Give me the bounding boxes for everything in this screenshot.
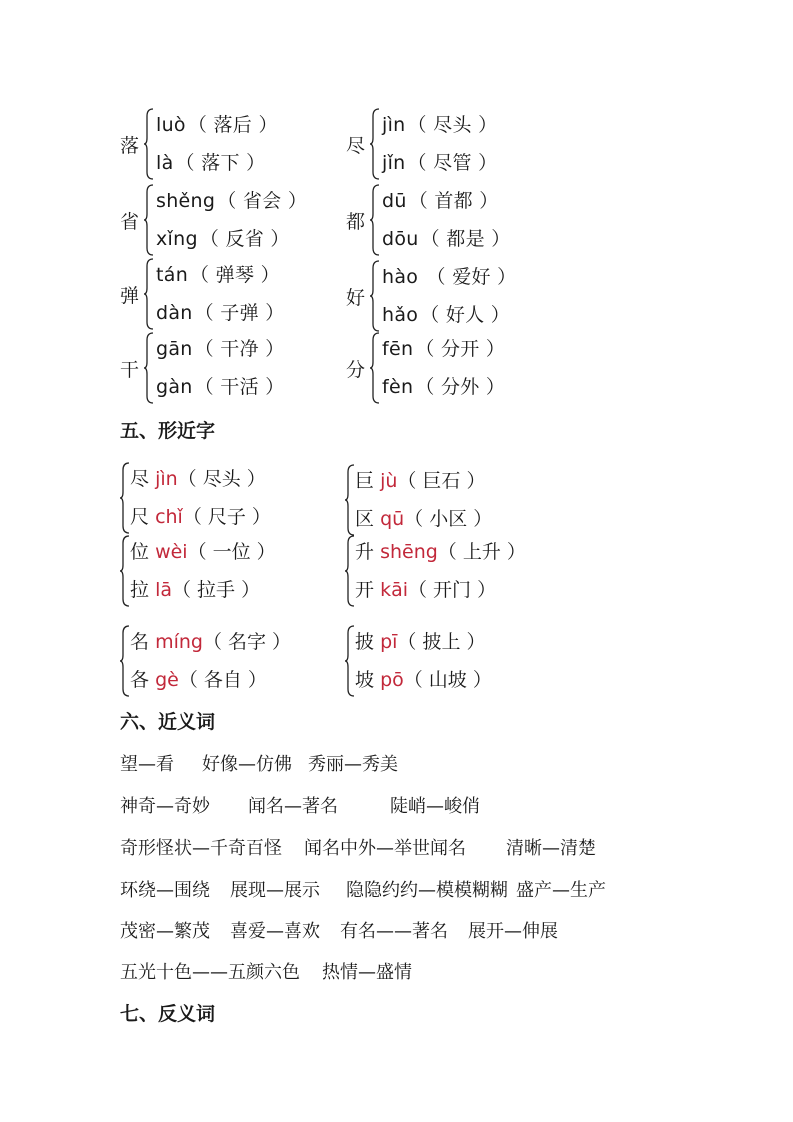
polyphone-char: 分 [346, 355, 365, 382]
synonym-pair: 有名——著名 [340, 917, 448, 943]
pinyin: shēng [380, 541, 438, 563]
example-word: （ 干净 ） [195, 338, 285, 360]
brace-icon [345, 625, 355, 697]
synonym-line: 奇形怪状—千奇百怪闻名中外—举世闻名清晰—清楚 [120, 834, 596, 860]
synonym-pair: 环绕—围绕 [120, 876, 210, 902]
synonym-pair: 盛产—生产 [516, 876, 606, 902]
polyphone-char: 好 [346, 283, 365, 310]
pinyin: míng [155, 631, 203, 653]
example-word: （ 首都 ） [409, 190, 499, 212]
pinyin: chǐ [155, 506, 183, 528]
example-word: （ 爱好 ） [420, 266, 516, 288]
pinyin: jù [380, 470, 397, 492]
pinyin: hǎo [382, 304, 418, 326]
synonym-pair: 秀丽—秀美 [308, 750, 398, 776]
synonym-pair: 喜爱—喜欢 [230, 917, 320, 943]
example-word: （ 反省 ） [200, 228, 290, 250]
pinyin: dū [382, 190, 407, 212]
pinyin: gān [156, 338, 193, 360]
example-word: （ 名字 ） [203, 631, 291, 653]
pinyin: xǐng [156, 228, 198, 250]
example-word: （ 上升 ） [438, 541, 526, 563]
synonym-line: 环绕—围绕展现—展示隐隐约约—模模糊糊盛产—生产 [120, 876, 606, 902]
pinyin: pō [380, 669, 404, 691]
brace-icon [370, 332, 380, 404]
pinyin: pī [380, 631, 397, 653]
synonym-pair: 好像—仿佛 [202, 750, 292, 776]
synonym-pair: 闻名中外—举世闻名 [304, 834, 466, 860]
synonym-pair: 茂密—繁茂 [120, 917, 210, 943]
example-word: （ 披上 ） [397, 631, 485, 653]
synonym-line: 神奇—奇妙闻名—著名陡峭—峻俏 [120, 792, 480, 818]
example-word: （ 落后 ） [188, 114, 278, 136]
example-word: （ 都是 ） [421, 228, 511, 250]
synonym-pair: 展现—展示 [230, 876, 320, 902]
polyphone-char: 落 [120, 131, 139, 158]
example-word: （ 子弹 ） [195, 302, 285, 324]
brace-icon [120, 462, 130, 534]
synonym-pair: 神奇—奇妙 [120, 792, 210, 818]
char: 尺 [130, 506, 149, 528]
synonym-pair: 隐隐约约—模模糊糊 [346, 876, 508, 902]
pinyin: jǐn [382, 152, 406, 174]
brace-icon [144, 258, 154, 330]
pinyin: lā [155, 579, 172, 601]
synonym-pair: 望—看 [120, 750, 174, 776]
brace-icon [370, 260, 380, 332]
synonym-line: 望—看好像—仿佛秀丽—秀美 [120, 750, 398, 776]
brace-icon [120, 535, 130, 607]
example-word: （ 分外 ） [415, 376, 505, 398]
synonym-pair: 清晰—清楚 [506, 834, 596, 860]
example-word: （ 开门 ） [408, 579, 496, 601]
polyphone-char: 省 [120, 207, 139, 234]
char: 名 [130, 631, 149, 653]
pinyin: kāi [380, 579, 408, 601]
section-heading-synonyms: 六、近义词 [120, 707, 215, 734]
example-word: （ 干活 ） [195, 376, 285, 398]
pinyin: fēn [382, 338, 413, 360]
pinyin: dōu [382, 228, 419, 250]
pinyin: wèi [155, 541, 188, 563]
brace-icon [345, 535, 355, 607]
pinyin: qū [380, 508, 404, 530]
brace-icon [370, 108, 380, 180]
example-word: （ 山坡 ） [404, 669, 492, 691]
synonym-pair: 闻名—著名 [248, 792, 338, 818]
polyphone-char: 尽 [346, 131, 365, 158]
synonym-pair: 展开—伸展 [468, 917, 558, 943]
brace-icon [144, 184, 154, 256]
section-heading-similar-chars: 五、形近字 [120, 416, 215, 443]
example-word: （ 尽管 ） [408, 152, 498, 174]
example-word: （ 一位 ） [188, 541, 276, 563]
char: 区 [355, 508, 374, 530]
synonym-line: 茂密—繁茂喜爱—喜欢有名——著名展开—伸展 [120, 917, 558, 943]
example-word: （ 巨石 ） [397, 470, 485, 492]
brace-icon [345, 464, 355, 536]
example-word: （ 各自 ） [179, 669, 267, 691]
synonym-pair: 五光十色——五颜六色 [120, 958, 300, 984]
char: 升 [355, 541, 374, 563]
example-word: （ 拉手 ） [172, 579, 260, 601]
pinyin: luò [156, 114, 186, 136]
char: 坡 [355, 669, 374, 691]
pinyin: là [156, 152, 174, 174]
synonym-pair: 奇形怪状—千奇百怪 [120, 834, 282, 860]
char: 巨 [355, 470, 374, 492]
brace-icon [144, 332, 154, 404]
synonym-pair: 热情—盛情 [322, 958, 412, 984]
example-word: （ 尺子 ） [183, 506, 271, 528]
synonym-pair: 陡峭—峻俏 [390, 792, 480, 818]
example-word: （ 尽头 ） [408, 114, 498, 136]
pinyin: jìn [155, 468, 178, 490]
pinyin: gàn [156, 376, 193, 398]
example-word: （ 好人 ） [420, 304, 510, 326]
example-word: （ 小区 ） [404, 508, 492, 530]
char: 披 [355, 631, 374, 653]
pinyin: jìn [382, 114, 406, 136]
pinyin: fèn [382, 376, 413, 398]
synonym-line: 五光十色——五颜六色热情—盛情 [120, 958, 412, 984]
pinyin: dàn [156, 302, 193, 324]
example-word: （ 尽头 ） [178, 468, 266, 490]
pinyin: gè [155, 669, 179, 691]
char: 尽 [130, 468, 149, 490]
example-word: （ 落下 ） [176, 152, 266, 174]
example-word: （ 分开 ） [415, 338, 505, 360]
pinyin: tán [156, 264, 188, 286]
brace-icon [144, 108, 154, 180]
char: 位 [130, 541, 149, 563]
char: 各 [130, 669, 149, 691]
pinyin: hào [382, 266, 418, 288]
pinyin: shěng [156, 190, 215, 212]
example-word: （ 省会 ） [217, 190, 307, 212]
example-word: （ 弹琴 ） [190, 264, 280, 286]
polyphone-char: 都 [346, 207, 365, 234]
brace-icon [370, 184, 380, 256]
section-heading-antonyms: 七、反义词 [120, 999, 215, 1026]
brace-icon [120, 625, 130, 697]
char: 拉 [130, 579, 149, 601]
polyphone-char: 干 [120, 355, 139, 382]
polyphone-char: 弹 [120, 281, 139, 308]
char: 开 [355, 579, 374, 601]
